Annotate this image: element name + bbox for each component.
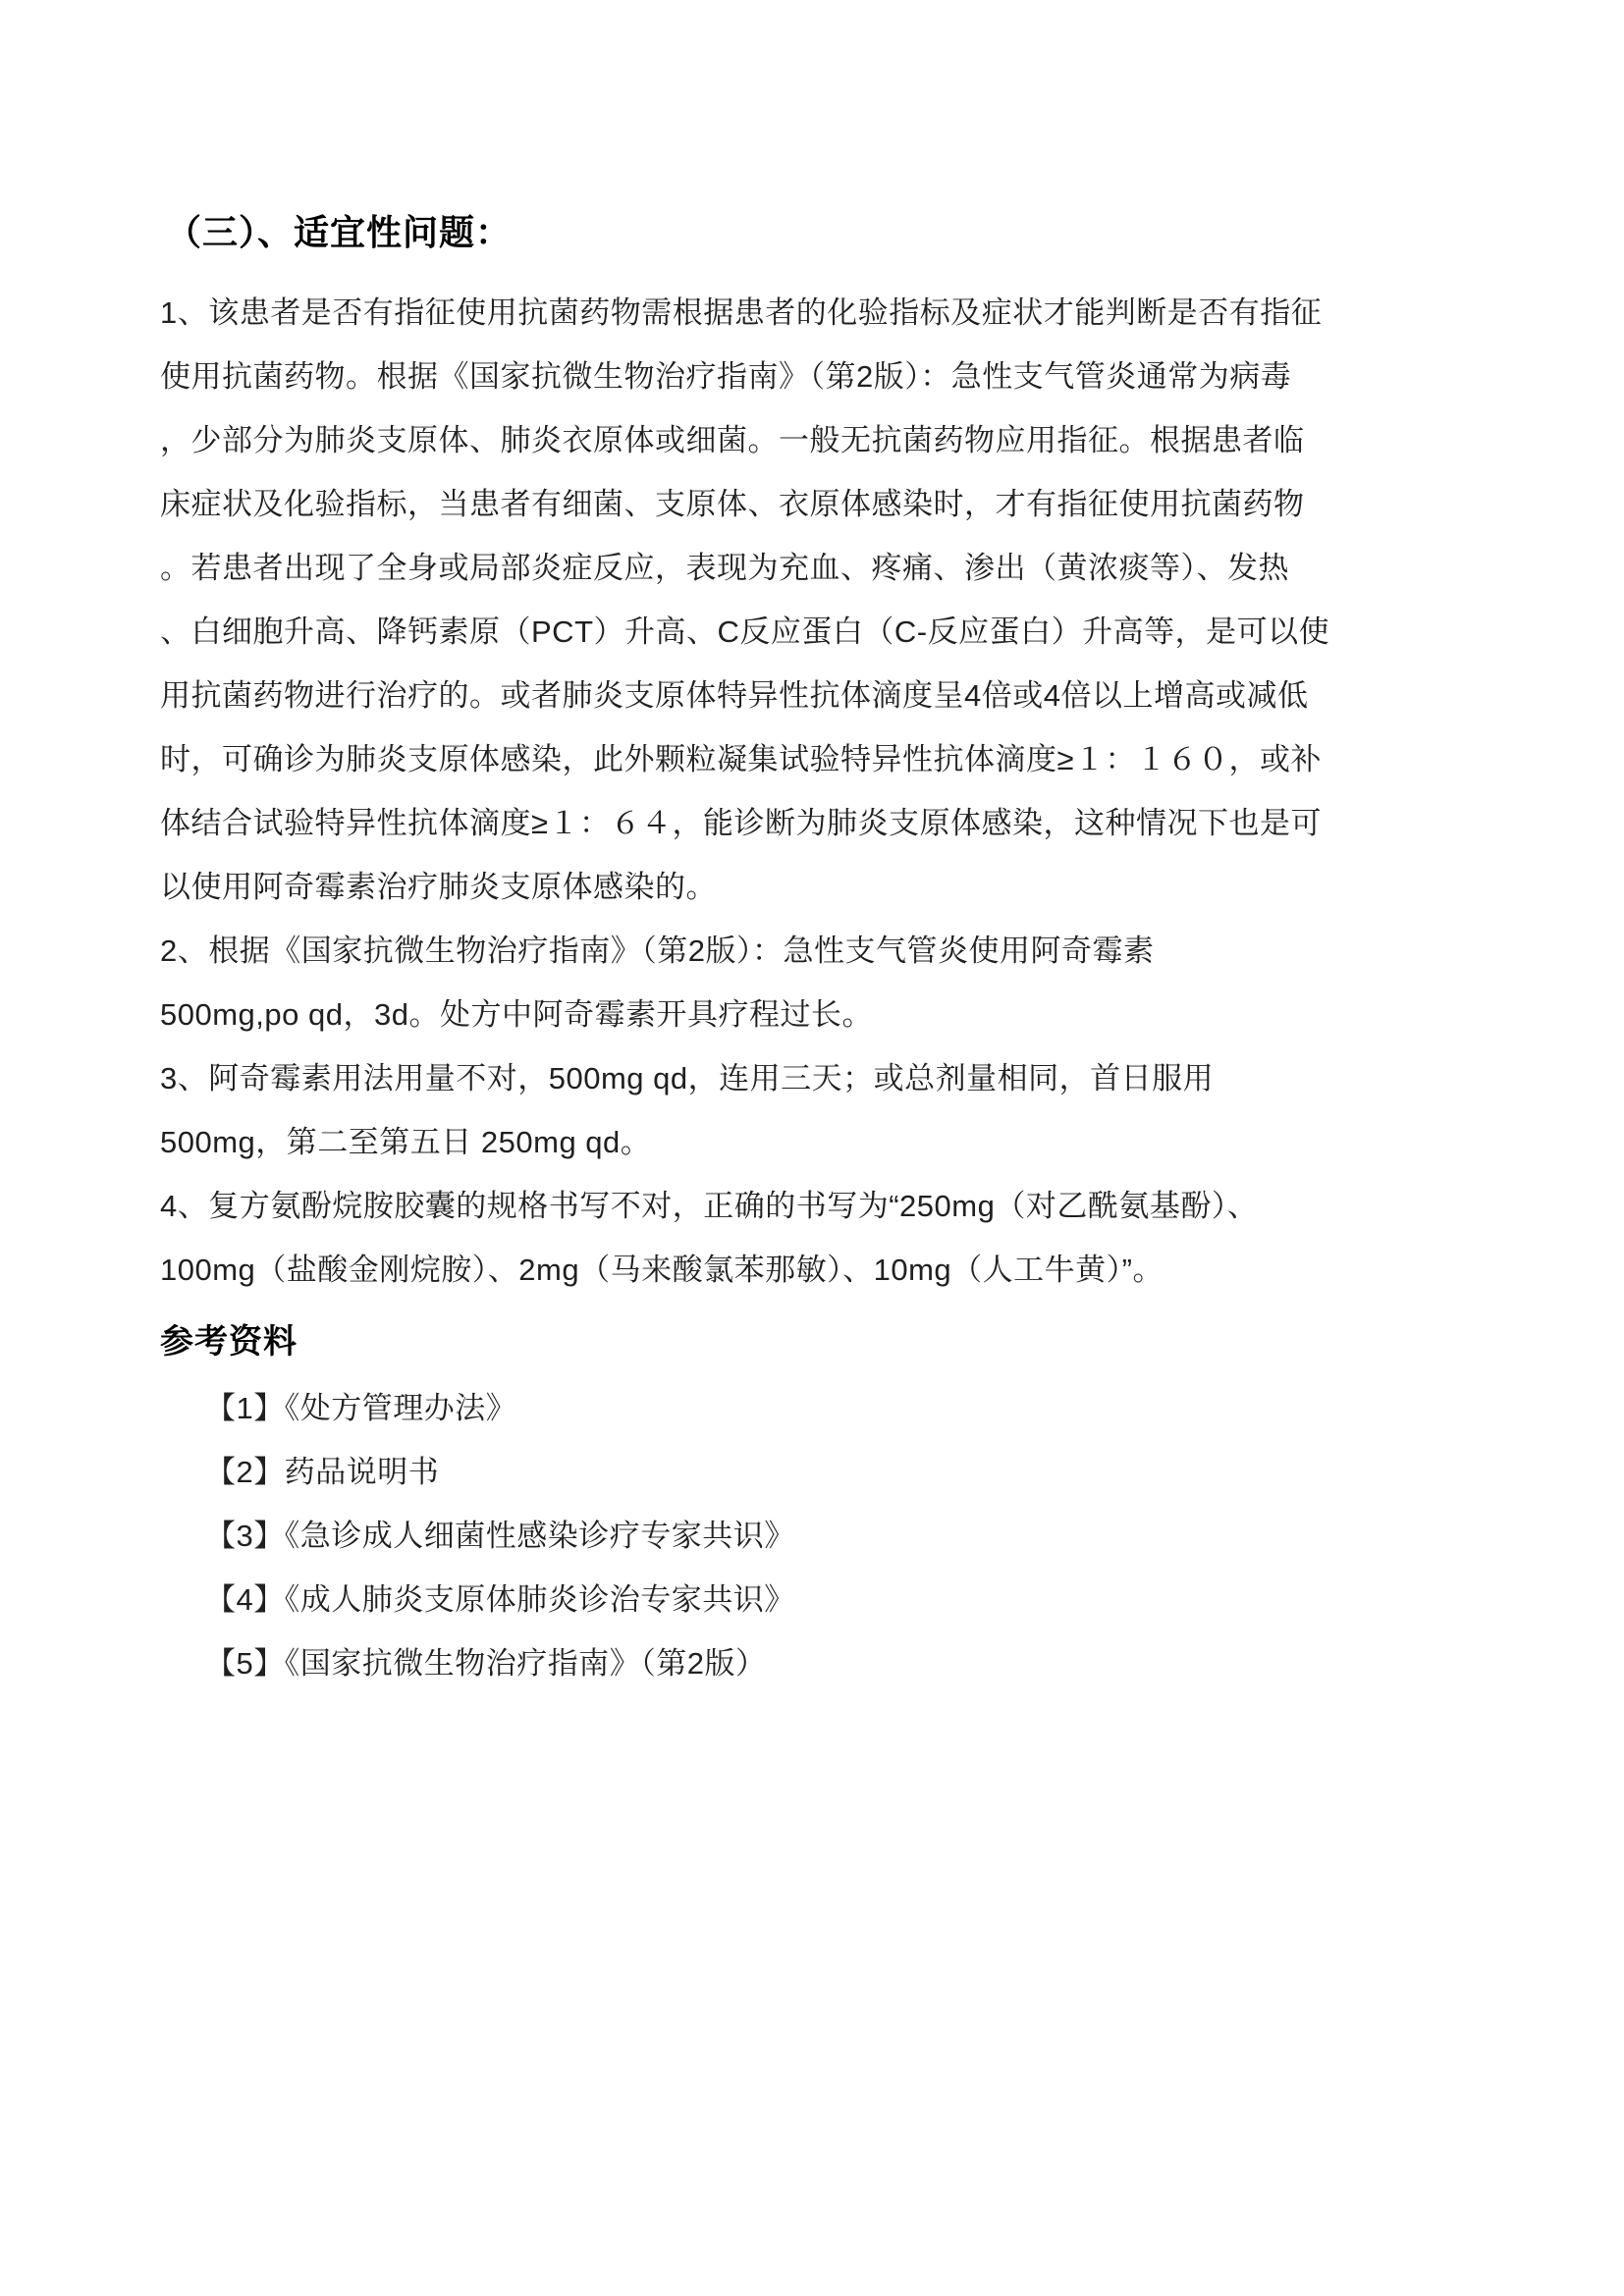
reference-item-5: 【5】《国家抗微生物治疗指南》（第2版）	[160, 1631, 1387, 1695]
paragraph-4-line-2: 100mg（盐酸金刚烷胺）、2mg（马来酸氯苯那敏）、10mg（人工牛黄）”。	[160, 1238, 1387, 1302]
paragraph-1-line-5: 。若患者出现了全身或局部炎症反应，表现为充血、疼痛、渗出（黄浓痰等）、发热	[160, 536, 1387, 600]
paragraph-1-line-6: 、白细胞升高、降钙素原（PCT）升高、C反应蛋白（C-反应蛋白）升高等，是可以使	[160, 600, 1387, 664]
references-heading: 参考资料	[160, 1308, 1387, 1376]
reference-item-1: 【1】《处方管理办法》	[160, 1376, 1387, 1440]
paragraph-4-line-1: 4、复方氨酚烷胺胶囊的规格书写不对，正确的书写为“250mg（对乙酰氨基酚）、	[160, 1174, 1387, 1238]
paragraph-2-line-2: 500mg,po qd，3d。处方中阿奇霉素开具疗程过长。	[160, 983, 1387, 1046]
paragraph-1-line-9: 体结合试验特异性抗体滴度≥１：６４，能诊断为肺炎支原体感染，这种情况下也是可	[160, 791, 1387, 855]
paragraph-1-line-7: 用抗菌药物进行治疗的。或者肺炎支原体特异性抗体滴度呈4倍或4倍以上增高或减低	[160, 664, 1387, 727]
paragraph-1-line-4: 床症状及化验指标，当患者有细菌、支原体、衣原体感染时，才有指征使用抗菌药物	[160, 472, 1387, 536]
document-page: （三）、适宜性问题： 1、该患者是否有指征使用抗菌药物需根据患者的化验指标及症状…	[0, 0, 1624, 2296]
paragraph-1-line-2: 使用抗菌药物。根据《国家抗微生物治疗指南》（第2版）：急性支气管炎通常为病毒	[160, 345, 1387, 408]
paragraph-1-line-10: 以使用阿奇霉素治疗肺炎支原体感染的。	[160, 855, 1387, 919]
paragraph-1-line-3: ，少部分为肺炎支原体、肺炎衣原体或细菌。一般无抗菌药物应用指征。根据患者临	[160, 408, 1387, 472]
paragraph-1-line-8: 时，可确诊为肺炎支原体感染，此外颗粒凝集试验特异性抗体滴度≥１：１６０，或补	[160, 727, 1387, 791]
paragraph-3-line-1: 3、阿奇霉素用法用量不对，500mg qd，连用三天；或总剂量相同，首日服用	[160, 1046, 1387, 1110]
section-heading: （三）、适宜性问题：	[166, 208, 1387, 257]
paragraph-2-line-1: 2、根据《国家抗微生物治疗指南》（第2版）：急性支气管炎使用阿奇霉素	[160, 919, 1387, 983]
paragraph-3-line-2: 500mg，第二至第五日 250mg qd。	[160, 1110, 1387, 1174]
reference-item-2: 【2】药品说明书	[160, 1440, 1387, 1504]
reference-item-4: 【4】《成人肺炎支原体肺炎诊治专家共识》	[160, 1568, 1387, 1631]
paragraph-1-line-1: 1、该患者是否有指征使用抗菌药物需根据患者的化验指标及症状才能判断是否有指征	[160, 281, 1387, 345]
reference-item-3: 【3】《急诊成人细菌性感染诊疗专家共识》	[160, 1504, 1387, 1568]
document-content: （三）、适宜性问题： 1、该患者是否有指征使用抗菌药物需根据患者的化验指标及症状…	[160, 208, 1387, 1695]
